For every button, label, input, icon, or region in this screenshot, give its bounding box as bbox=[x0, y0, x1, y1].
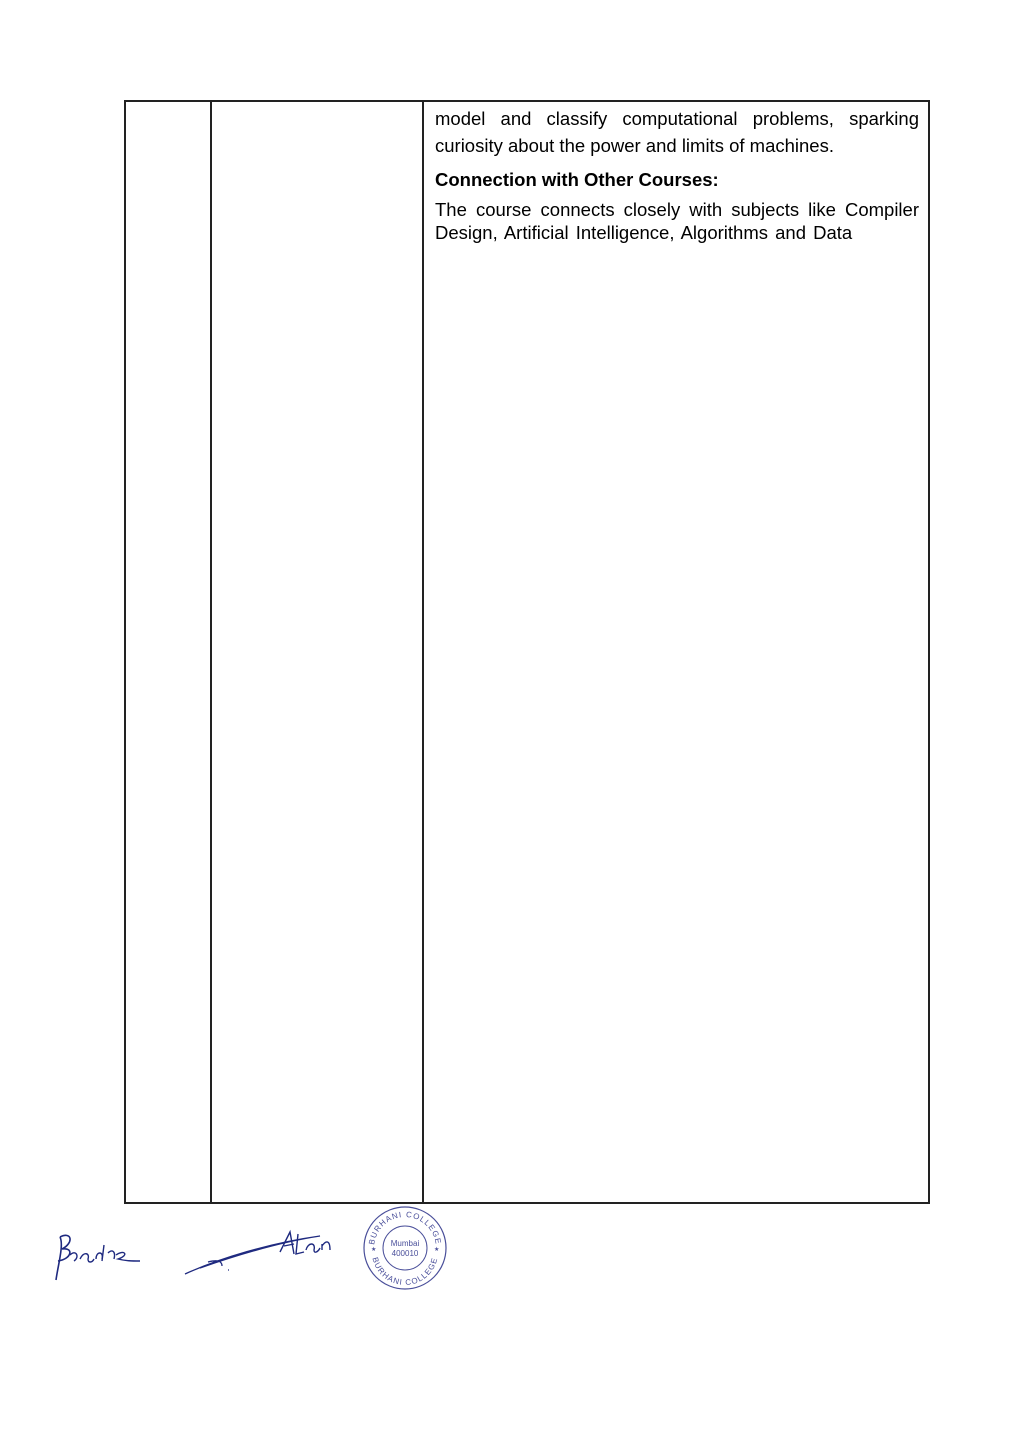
description-cell: model and classify computational problem… bbox=[426, 102, 928, 1202]
svg-text:BURHANI COLLEGE: BURHANI COLLEGE bbox=[371, 1256, 440, 1287]
svg-text:Mumbai: Mumbai bbox=[391, 1239, 420, 1248]
syllabus-table: model and classify computational problem… bbox=[124, 100, 930, 1204]
signature-2 bbox=[180, 1228, 350, 1283]
signature-1 bbox=[50, 1225, 160, 1285]
column-divider bbox=[210, 102, 212, 1202]
svg-text:★: ★ bbox=[434, 1246, 439, 1253]
section-body: The course connects closely with subject… bbox=[435, 198, 919, 244]
svg-text:★: ★ bbox=[371, 1246, 376, 1253]
svg-text:400010: 400010 bbox=[392, 1249, 419, 1258]
column-divider bbox=[422, 102, 424, 1202]
college-stamp: BURHANI COLLEGE BURHANI COLLEGE Mumbai 4… bbox=[362, 1205, 448, 1291]
section-heading: Connection with Other Courses: bbox=[435, 168, 919, 192]
continuation-text: model and classify computational problem… bbox=[435, 105, 919, 159]
